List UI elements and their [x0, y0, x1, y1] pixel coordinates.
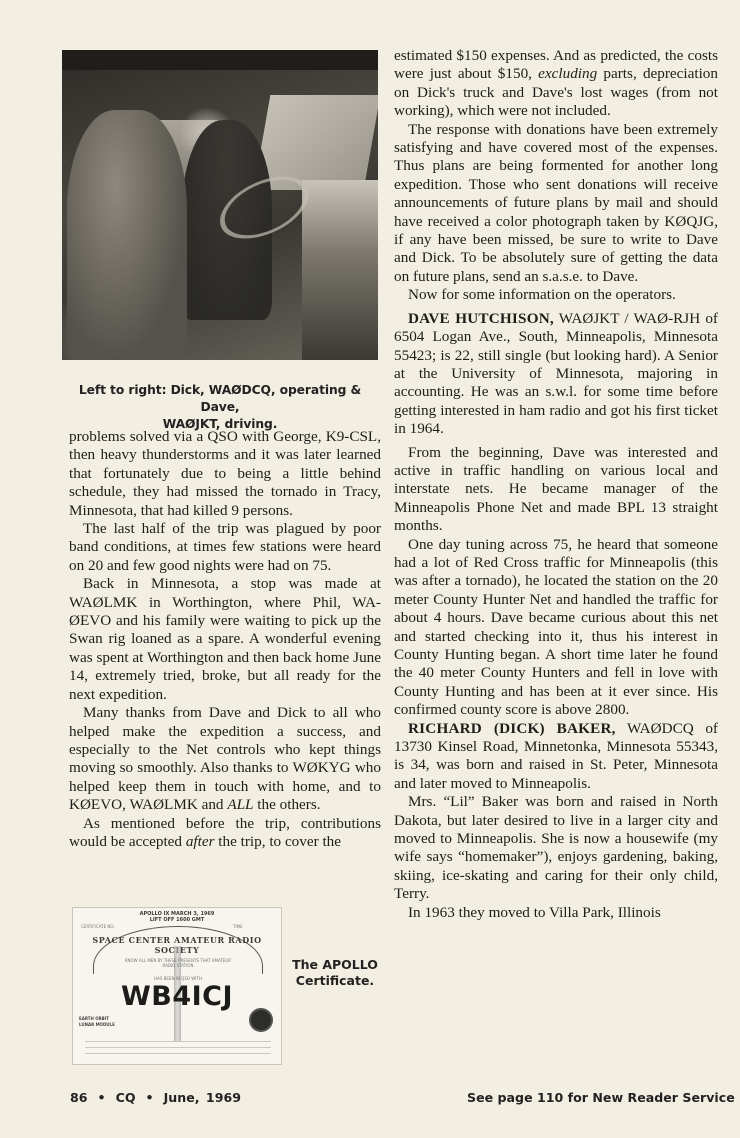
apollo-certificate-image: APOLLO IX MARCH 3, 1969 LIFT OFF 1600 GM… — [72, 907, 282, 1065]
certificate-header: APOLLO IX MARCH 3, 1969 LIFT OFF 1600 GM… — [73, 911, 281, 923]
magazine-name: CQ — [116, 1090, 136, 1105]
paragraph: problems solved via a QSO with George, K… — [69, 428, 381, 520]
paragraph: Mrs. “Lil” Baker was born and raised in … — [394, 793, 718, 903]
dashboard — [302, 180, 378, 360]
paragraph: estimated $150 expenses. And as predicte… — [394, 47, 718, 121]
caption-line: Certificate. — [290, 973, 380, 989]
paragraph: One day tuning across 75, he heard that … — [394, 536, 718, 720]
text: the trip, to cover the — [215, 833, 342, 850]
emphasis: ALL — [227, 796, 253, 813]
issue-date: June, 1969 — [164, 1090, 241, 1105]
photo-caption: Left to right: Dick, WAØDCQ, operating &… — [62, 382, 378, 433]
page-footer-folio: 86•CQ•June, 1969 — [70, 1090, 241, 1105]
operator-name: DAVE HUTCHISON, — [408, 310, 554, 327]
paragraph: As mentioned before the trip, contributi… — [69, 815, 381, 852]
certificate-caption: The APOLLO Certificate. — [290, 957, 380, 989]
magazine-page: Left to right: Dick, WAØDCQ, operating &… — [0, 0, 740, 1138]
reader-service-note: See page 110 for New Reader Service — [467, 1090, 735, 1105]
certificate-number-label: CERTIFICATE NO. — [81, 924, 115, 929]
caption-line: Left to right: Dick, WAØDCQ, operating &… — [62, 382, 378, 416]
certificate-text: KNOW ALL MEN BY THESE PRESENTS THAT AMAT… — [118, 958, 238, 968]
signature-lines — [85, 1036, 271, 1056]
header-line: LIFT OFF 1600 GMT — [73, 917, 281, 923]
bullet-icon: • — [98, 1090, 106, 1105]
bullet-icon: • — [146, 1090, 154, 1105]
truck-roof — [62, 50, 378, 70]
paragraph-operator-dave: DAVE HUTCHISON, WAØJKT / WAØ-RJH of 6504… — [394, 310, 718, 439]
text: WAØJKT / WAØ-RJH of 6504 Logan Ave., Sou… — [394, 310, 718, 437]
caption-line: The APOLLO — [290, 957, 380, 973]
operator-dick — [67, 110, 187, 360]
paragraph: Now for some information on the operator… — [394, 286, 718, 304]
paragraph: From the beginning, Dave was interested … — [394, 444, 718, 536]
emphasis: after — [186, 833, 215, 850]
earth-orbit-label: EARTH ORBIT — [79, 1016, 109, 1021]
seal-icon — [249, 1008, 273, 1032]
paragraph: Back in Minnesota, a stop was made at WA… — [69, 575, 381, 704]
windshield — [254, 95, 378, 190]
operator-name: RICHARD (DICK) BAKER, — [408, 720, 616, 737]
text: the others. — [254, 796, 321, 813]
lunar-module-label: LUNAR MODULE — [79, 1022, 115, 1027]
paragraph: The last half of the trip was plagued by… — [69, 520, 381, 575]
photo-dick-and-dave-in-truck — [62, 50, 378, 360]
paragraph: Many thanks from Dave and Dick to all wh… — [69, 704, 381, 814]
right-column: estimated $150 expenses. And as predicte… — [394, 47, 718, 922]
paragraph: The response with donations have been ex… — [394, 121, 718, 287]
left-column: problems solved via a QSO with George, K… — [69, 428, 381, 851]
paragraph: In 1963 they moved to Villa Park, Illino… — [394, 904, 718, 922]
paragraph-operator-dick: RICHARD (DICK) BAKER, WAØDCQ of 13730 Ki… — [394, 720, 718, 794]
text: Many thanks from Dave and Dick to all wh… — [69, 704, 381, 813]
time-label: TIME — [233, 924, 243, 929]
callsign: WB4ICJ — [73, 981, 281, 1012]
emphasis: excluding — [538, 65, 597, 82]
page-number: 86 — [70, 1090, 88, 1105]
